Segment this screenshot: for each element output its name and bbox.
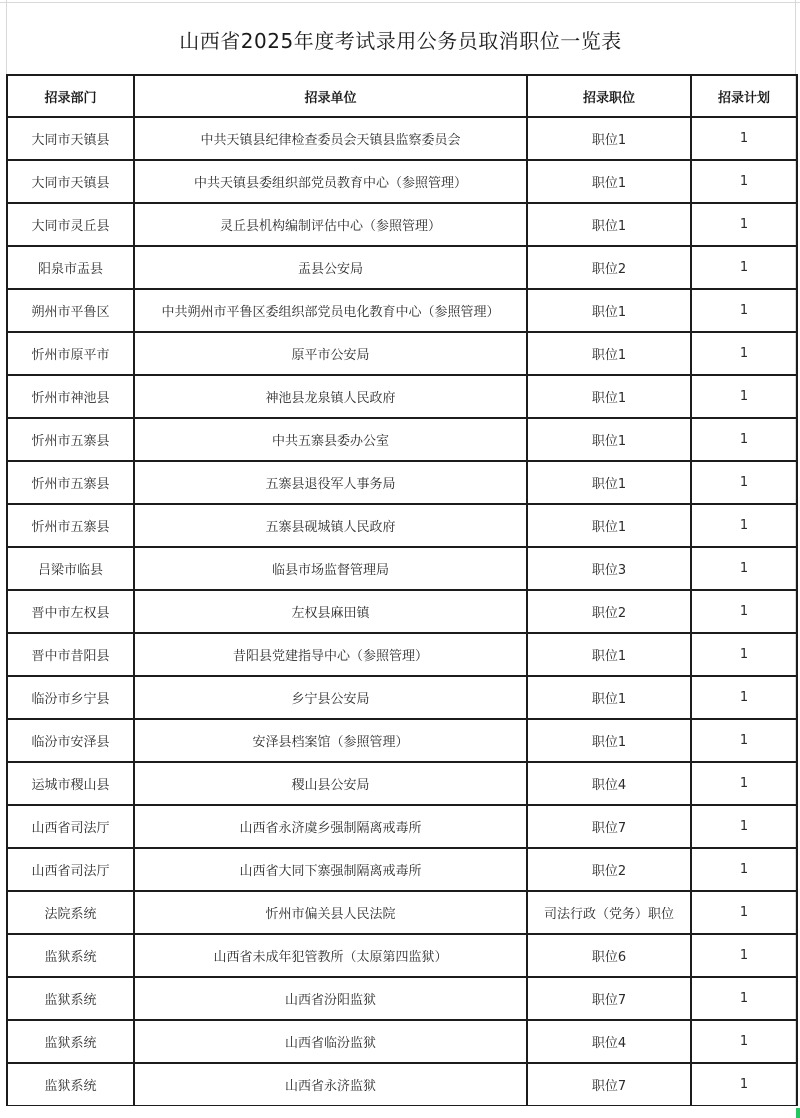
cell-unit[interactable]: 山西省大同下寨强制隔离戒毒所 [134,848,527,891]
cell-plan[interactable]: 1 [691,633,797,676]
cell-plan[interactable]: 1 [691,375,797,418]
spreadsheet-page: 山西省2025年度考试录用公务员取消职位一览表 招录部门 招录单位 招录职位 招… [0,0,800,1118]
cell-department[interactable]: 忻州市五寨县 [7,504,134,547]
cell-plan[interactable]: 1 [691,805,797,848]
cell-unit[interactable]: 山西省永济监狱 [134,1063,527,1106]
table-row: 临汾市乡宁县乡宁县公安局职位11 [7,676,797,719]
cell-position[interactable]: 职位7 [527,805,691,848]
table-row: 忻州市原平市原平市公安局职位11 [7,332,797,375]
table-row: 监狱系统山西省临汾监狱职位41 [7,1020,797,1063]
cell-plan[interactable]: 1 [691,934,797,977]
cell-plan[interactable]: 1 [691,160,797,203]
cell-unit[interactable]: 灵丘县机构编制评估中心（参照管理） [134,203,527,246]
table-row: 监狱系统山西省永济监狱职位71 [7,1063,797,1106]
cell-position[interactable]: 职位1 [527,418,691,461]
table-row: 晋中市昔阳县昔阳县党建指导中心（参照管理）职位11 [7,633,797,676]
table-row: 临汾市安泽县安泽县档案馆（参照管理）职位11 [7,719,797,762]
cell-department[interactable]: 晋中市昔阳县 [7,633,134,676]
cell-unit[interactable]: 五寨县砚城镇人民政府 [134,504,527,547]
table-row: 忻州市神池县神池县龙泉镇人民政府职位11 [7,375,797,418]
cell-position[interactable]: 职位1 [527,719,691,762]
table-row: 运城市稷山县稷山县公安局职位41 [7,762,797,805]
header-position[interactable]: 招录职位 [527,75,691,117]
cell-plan[interactable]: 1 [691,590,797,633]
cell-unit[interactable]: 乡宁县公安局 [134,676,527,719]
table-header-row: 招录部门 招录单位 招录职位 招录计划 [7,75,797,117]
cell-unit[interactable]: 中共朔州市平鲁区委组织部党员电化教育中心（参照管理） [134,289,527,332]
cell-plan[interactable]: 1 [691,977,797,1020]
header-unit[interactable]: 招录单位 [134,75,527,117]
cell-unit[interactable]: 临县市场监督管理局 [134,547,527,590]
cell-unit[interactable]: 左权县麻田镇 [134,590,527,633]
table-body: 大同市天镇县中共天镇县纪律检查委员会天镇县监察委员会职位11大同市天镇县中共天镇… [7,117,797,1106]
cell-position[interactable]: 职位1 [527,203,691,246]
cell-plan[interactable]: 1 [691,1020,797,1063]
table-row: 法院系统忻州市偏关县人民法院司法行政（党务）职位1 [7,891,797,934]
cell-position[interactable]: 职位1 [527,375,691,418]
cell-position[interactable]: 职位2 [527,590,691,633]
cell-unit[interactable]: 昔阳县党建指导中心（参照管理） [134,633,527,676]
cell-department[interactable]: 临汾市乡宁县 [7,676,134,719]
cell-plan[interactable]: 1 [691,676,797,719]
cell-position[interactable]: 职位1 [527,461,691,504]
page-title: 山西省2025年度考试录用公务员取消职位一览表 [6,4,795,74]
cell-department[interactable]: 监狱系统 [7,1020,134,1063]
cell-plan[interactable]: 1 [691,762,797,805]
cell-plan[interactable]: 1 [691,891,797,934]
cell-department[interactable]: 大同市天镇县 [7,117,134,160]
cell-department[interactable]: 大同市天镇县 [7,160,134,203]
cell-plan[interactable]: 1 [691,246,797,289]
table-row: 忻州市五寨县五寨县退役军人事务局职位11 [7,461,797,504]
table-row: 忻州市五寨县五寨县砚城镇人民政府职位11 [7,504,797,547]
cell-department[interactable]: 临汾市安泽县 [7,719,134,762]
cell-department[interactable]: 监狱系统 [7,934,134,977]
cell-department[interactable]: 运城市稷山县 [7,762,134,805]
cell-unit[interactable]: 山西省永济虞乡强制隔离戒毒所 [134,805,527,848]
cell-department[interactable]: 忻州市五寨县 [7,461,134,504]
cell-plan[interactable]: 1 [691,461,797,504]
cell-department[interactable]: 忻州市神池县 [7,375,134,418]
cell-plan[interactable]: 1 [691,289,797,332]
cell-unit[interactable]: 盂县公安局 [134,246,527,289]
cell-unit[interactable]: 稷山县公安局 [134,762,527,805]
table-row: 忻州市五寨县中共五寨县委办公室职位11 [7,418,797,461]
table-row: 大同市天镇县中共天镇县纪律检查委员会天镇县监察委员会职位11 [7,117,797,160]
cell-department[interactable]: 监狱系统 [7,977,134,1020]
cell-plan[interactable]: 1 [691,719,797,762]
table-row: 监狱系统山西省汾阳监狱职位71 [7,977,797,1020]
cell-department[interactable]: 阳泉市盂县 [7,246,134,289]
cell-department[interactable]: 忻州市五寨县 [7,418,134,461]
cell-plan[interactable]: 1 [691,332,797,375]
cell-unit[interactable]: 安泽县档案馆（参照管理） [134,719,527,762]
cell-position[interactable]: 职位6 [527,934,691,977]
cell-department[interactable]: 晋中市左权县 [7,590,134,633]
table-row: 监狱系统山西省未成年犯管教所（太原第四监狱）职位61 [7,934,797,977]
cancelled-positions-table: 招录部门 招录单位 招录职位 招录计划 大同市天镇县中共天镇县纪律检查委员会天镇… [6,74,798,1107]
table-row: 朔州市平鲁区中共朔州市平鲁区委组织部党员电化教育中心（参照管理）职位11 [7,289,797,332]
header-department[interactable]: 招录部门 [7,75,134,117]
cell-position[interactable]: 职位1 [527,160,691,203]
table-row: 大同市天镇县中共天镇县委组织部党员教育中心（参照管理）职位11 [7,160,797,203]
next-row-strip [0,1106,800,1118]
cell-unit[interactable]: 神池县龙泉镇人民政府 [134,375,527,418]
cell-plan[interactable]: 1 [691,418,797,461]
table-row: 晋中市左权县左权县麻田镇职位21 [7,590,797,633]
cell-plan[interactable]: 1 [691,117,797,160]
gridline [0,2,800,3]
cell-position[interactable]: 职位3 [527,547,691,590]
table-row: 阳泉市盂县盂县公安局职位21 [7,246,797,289]
header-plan[interactable]: 招录计划 [691,75,797,117]
cell-position[interactable]: 职位4 [527,1020,691,1063]
cell-unit[interactable]: 原平市公安局 [134,332,527,375]
cell-plan[interactable]: 1 [691,203,797,246]
cell-unit[interactable]: 忻州市偏关县人民法院 [134,891,527,934]
table-row: 山西省司法厅山西省永济虞乡强制隔离戒毒所职位71 [7,805,797,848]
cell-department[interactable]: 监狱系统 [7,1063,134,1106]
cell-position[interactable]: 职位7 [527,1063,691,1106]
cell-position[interactable]: 职位1 [527,676,691,719]
cell-position[interactable]: 职位1 [527,289,691,332]
cell-plan[interactable]: 1 [691,848,797,891]
cell-position[interactable]: 职位2 [527,246,691,289]
cell-position[interactable]: 职位1 [527,117,691,160]
table-row: 山西省司法厅山西省大同下寨强制隔离戒毒所职位21 [7,848,797,891]
cell-department[interactable]: 山西省司法厅 [7,805,134,848]
cell-unit[interactable]: 山西省未成年犯管教所（太原第四监狱） [134,934,527,977]
cell-plan[interactable]: 1 [691,504,797,547]
cell-department[interactable]: 大同市灵丘县 [7,203,134,246]
cell-position[interactable]: 职位1 [527,633,691,676]
cell-position[interactable]: 职位2 [527,848,691,891]
cell-position[interactable]: 职位4 [527,762,691,805]
cell-selection-handle[interactable] [796,1108,800,1118]
cell-department[interactable]: 山西省司法厅 [7,848,134,891]
cell-department[interactable]: 忻州市原平市 [7,332,134,375]
cell-position[interactable]: 职位1 [527,332,691,375]
cell-department[interactable]: 法院系统 [7,891,134,934]
cell-unit[interactable]: 山西省汾阳监狱 [134,977,527,1020]
cell-position[interactable]: 司法行政（党务）职位 [527,891,691,934]
cell-unit[interactable]: 山西省临汾监狱 [134,1020,527,1063]
cell-unit[interactable]: 五寨县退役军人事务局 [134,461,527,504]
cell-position[interactable]: 职位7 [527,977,691,1020]
cell-department[interactable]: 吕梁市临县 [7,547,134,590]
cell-unit[interactable]: 中共五寨县委办公室 [134,418,527,461]
table-row: 大同市灵丘县灵丘县机构编制评估中心（参照管理）职位11 [7,203,797,246]
cell-unit[interactable]: 中共天镇县纪律检查委员会天镇县监察委员会 [134,117,527,160]
cell-plan[interactable]: 1 [691,1063,797,1106]
cell-department[interactable]: 朔州市平鲁区 [7,289,134,332]
cell-position[interactable]: 职位1 [527,504,691,547]
cell-plan[interactable]: 1 [691,547,797,590]
cell-unit[interactable]: 中共天镇县委组织部党员教育中心（参照管理） [134,160,527,203]
table-row: 吕梁市临县临县市场监督管理局职位31 [7,547,797,590]
